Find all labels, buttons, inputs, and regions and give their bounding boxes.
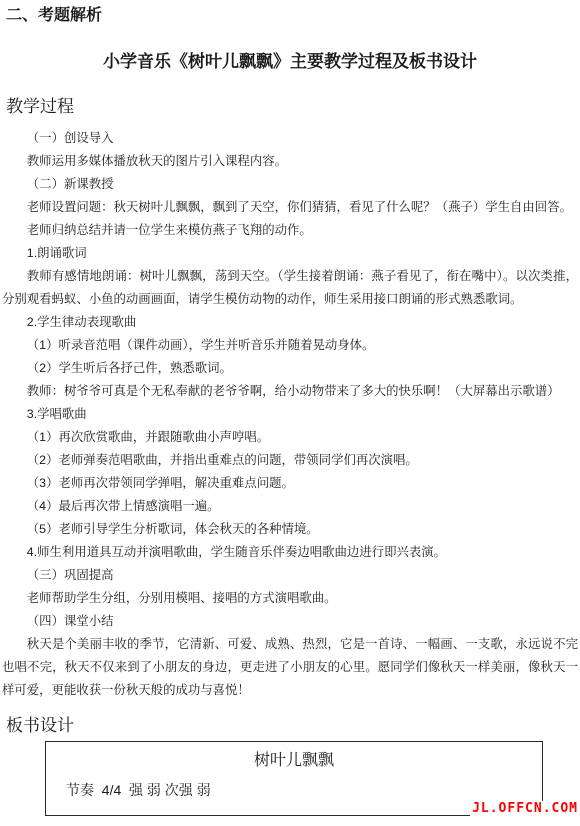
paragraph: 2.学生律动表现歌曲 [2,311,578,334]
paragraph: （1）再次欣赏歌曲，并跟随歌曲小声哼唱。 [2,426,578,449]
paragraph: （1）听录音范唱（课件动画），学生并听音乐并随着晃动身体。 [2,334,578,357]
section-heading: 二、考题解析 [6,6,580,26]
board-song-title: 树叶儿飘飘 [46,751,542,771]
paragraph: （2）老师弹奏范唱歌曲，并指出重难点的问题，带领同学们再次演唱。 [2,449,578,472]
board-rhythm-line: 节奏 4/4 强 弱 次强 弱 [66,780,542,800]
paragraph: （4）最后再次带上情感演唱一遍。 [2,495,578,518]
document: 二、考题解析 小学音乐《树叶儿飘飘》主要教学过程及板书设计 教学过程 （一）创设… [0,6,580,816]
paragraph: 秋天是个美丽丰收的季节，它清新、可爱、成熟、热烈，它是一首诗、一幅画、一支歌，永… [2,633,578,702]
paragraph: 教师运用多媒体播放秋天的图片引入课程内容。 [2,150,578,173]
paragraph: 老师归纳总结并请一位学生来模仿燕子飞翔的动作。 [2,219,578,242]
paragraph: （一）创设导入 [2,127,578,150]
paragraph: （四）课堂小结 [2,610,578,633]
paragraph: （3）老师再次带领同学弹唱，解决重难点问题。 [2,472,578,495]
paragraph: 教师：树爷爷可真是个无私奉献的老爷爷啊，给小动物带来了多大的快乐啊！（大屏幕出示… [2,380,578,403]
board-design-box: 树叶儿飘飘 节奏 4/4 强 弱 次强 弱 [45,741,543,816]
paragraph: （5）老师引导学生分析歌词，体会秋天的各种情境。 [2,518,578,541]
paragraph: 老师设置问题：秋天树叶儿飘飘，飘到了天空，你们猜猜，看见了什么呢？（燕子）学生自… [2,196,578,219]
paragraph: 教师有感情地朗诵：树叶儿飘飘，荡到天空。（学生接着朗诵：燕子看见了，衔在嘴中）。… [2,265,578,311]
paragraph: 1.朗诵歌词 [2,242,578,265]
paragraph: 3.学唱歌曲 [2,403,578,426]
doc-title: 小学音乐《树叶儿飘飘》主要教学过程及板书设计 [0,51,580,73]
watermark: JL.OFFCN.COM [470,801,578,816]
paragraph: 4.师生利用道具互动并演唱歌曲，学生随音乐伴奏边唱歌曲边进行即兴表演。 [2,541,578,564]
paragraph: （二）新课教授 [2,173,578,196]
board-design-heading: 板书设计 [6,715,580,737]
teaching-process-body: （一）创设导入教师运用多媒体播放秋天的图片引入课程内容。（二）新课教授老师设置问… [0,127,580,702]
teaching-process-heading: 教学过程 [6,96,580,118]
paragraph: （2）学生听后各抒己件，熟悉歌词。 [2,357,578,380]
paragraph: 老师帮助学生分组，分别用模唱、接唱的方式演唱歌曲。 [2,587,578,610]
paragraph: （三）巩固提高 [2,564,578,587]
